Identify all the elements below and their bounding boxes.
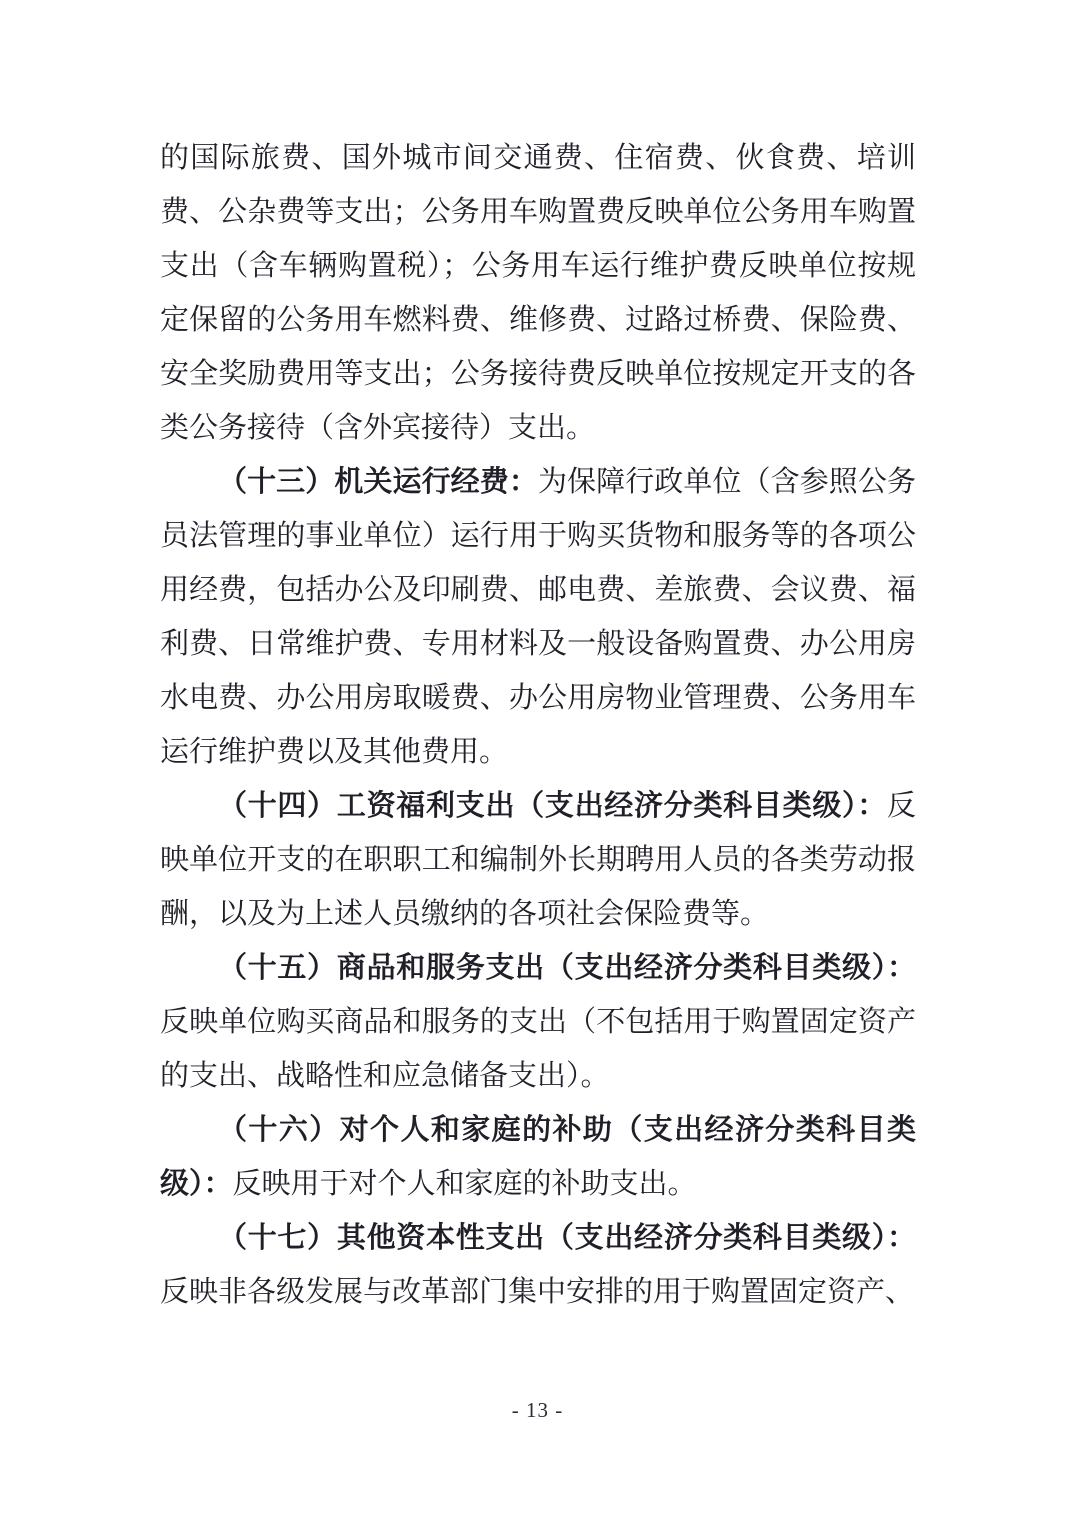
paragraph-item-13: （十三）机关运行经费：为保障行政单位（含参照公务员法管理的事业单位）运行用于购买… bbox=[160, 455, 916, 779]
paragraph-item-15: （十五）商品和服务支出（支出经济分类科目类级）：反映单位购买商品和服务的支出（不… bbox=[160, 941, 916, 1103]
document-page: 的国际旅费、国外城市间交通费、住宿费、伙食费、培训费、公杂费等支出；公务用车购置… bbox=[0, 0, 1075, 1520]
paragraph-lead: （十五）商品和服务支出（支出经济分类科目类级）： bbox=[218, 952, 916, 984]
page-number: - 13 - bbox=[0, 1398, 1075, 1423]
paragraph-item-17: （十七）其他资本性支出（支出经济分类科目类级）：反映非各级发展与改革部门集中安排… bbox=[160, 1211, 916, 1319]
paragraph-item-14: （十四）工资福利支出（支出经济分类科目类级）：反映单位开支的在职职工和编制外长期… bbox=[160, 779, 916, 941]
paragraph-body: 反映非各级发展与改革部门集中安排的用于购置固定资产、 bbox=[160, 1276, 914, 1308]
paragraph-lead: （十四）工资福利支出（支出经济分类科目类级）： bbox=[218, 790, 887, 822]
paragraph-lead: （十三）机关运行经费： bbox=[218, 466, 538, 498]
paragraph-body: 为保障行政单位（含参照公务员法管理的事业单位）运行用于购买货物和服务等的各项公用… bbox=[160, 466, 916, 768]
paragraph-continuation: 的国际旅费、国外城市间交通费、住宿费、伙食费、培训费、公杂费等支出；公务用车购置… bbox=[160, 131, 916, 455]
paragraph-body: 反映单位购买商品和服务的支出（不包括用于购置固定资产的支出、战略性和应急储备支出… bbox=[160, 1006, 916, 1092]
paragraph-body: 反映用于对个人和家庭的补助支出。 bbox=[233, 1168, 697, 1200]
document-body: 的国际旅费、国外城市间交通费、住宿费、伙食费、培训费、公杂费等支出；公务用车购置… bbox=[160, 131, 916, 1319]
paragraph-lead: （十七）其他资本性支出（支出经济分类科目类级）： bbox=[218, 1222, 916, 1254]
paragraph-body: 的国际旅费、国外城市间交通费、住宿费、伙食费、培训费、公杂费等支出；公务用车购置… bbox=[160, 142, 916, 444]
paragraph-item-16: （十六）对个人和家庭的补助（支出经济分类科目类级）：反映用于对个人和家庭的补助支… bbox=[160, 1103, 916, 1211]
